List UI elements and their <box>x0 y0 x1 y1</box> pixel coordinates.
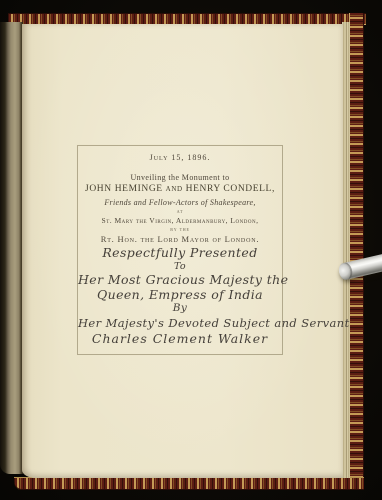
handwritten-majesty: Her Most Gracious Majesty the <box>78 272 282 287</box>
handwritten-presented: Respectfully Presented <box>78 245 282 260</box>
inscription-friends: Friends and Fellow-Actors of Shakespeare… <box>78 198 282 207</box>
inscription-lord-mayor: Rt. Hon. the Lord Mayor of London. <box>78 234 282 244</box>
page-fore-edge <box>342 22 350 478</box>
inscription-church: St. Mary the Virgin, Aldermanbury, Londo… <box>78 216 282 225</box>
book-photograph: July 15, 1896. Unveiling the Monument to… <box>0 0 382 500</box>
inscription-at: at <box>78 209 282 215</box>
inscription-names: JOHN HEMINGE and HENRY CONDELL, <box>78 184 282 194</box>
handwritten-servant: Her Majesty's Devoted Subject and Servan… <box>78 316 282 330</box>
inscription-date: July 15, 1896. <box>78 153 282 162</box>
book-page: July 15, 1896. Unveiling the Monument to… <box>22 24 343 478</box>
book-gutter-spine-edge <box>0 22 23 474</box>
inscription-unveiling: Unveiling the Monument to <box>78 173 282 182</box>
inscription-panel: July 15, 1896. Unveiling the Monument to… <box>77 145 283 355</box>
gilt-leather-border-bottom <box>14 477 364 490</box>
handwritten-to: To <box>78 261 282 272</box>
gilt-leather-border-right <box>349 13 364 490</box>
handwritten-by: By <box>78 302 282 314</box>
handwritten-signature: Charles Clement Walker <box>78 331 282 346</box>
handwritten-queen: Queen, Empress of India <box>78 287 282 302</box>
inscription-by-the: by the <box>78 227 282 233</box>
